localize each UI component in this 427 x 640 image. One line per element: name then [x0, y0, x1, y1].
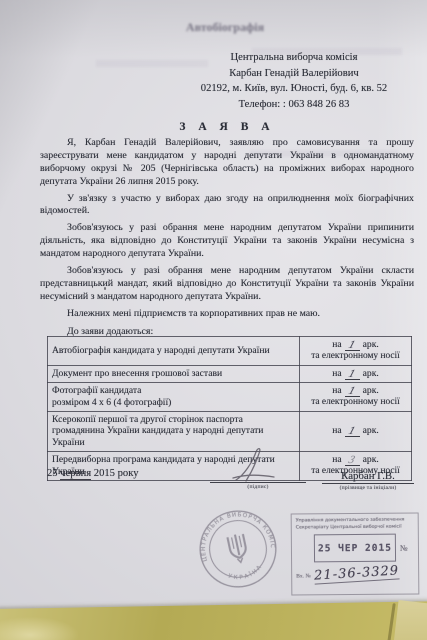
attachment-item: Фотографії кандидата розміром 4 х 6 (4 ф… — [48, 382, 300, 411]
attachment-pages: на1арк. — [300, 365, 412, 382]
handwritten-signature — [228, 444, 290, 484]
seal-ring-text-bottom: УКРАЇНА — [226, 562, 266, 584]
svg-text:УКРАЇНА: УКРАЇНА — [226, 562, 266, 584]
handwritten-count: 1 — [345, 368, 360, 380]
paragraph-obligation-activity: Зобов'язуюсь у разі обрання мене народни… — [40, 222, 414, 261]
trident-emblem — [227, 533, 248, 564]
name-caption: (прізвище та ініціали) — [322, 485, 414, 491]
incoming-number-handwritten: 21-36-3329 — [313, 563, 399, 584]
date-line: 25 червня 2015 року — [47, 468, 139, 479]
stamp-office-line2: Секретаріату Центральної виборчої комісі… — [296, 524, 388, 530]
stamp-incoming-row: Вх. № 21-36-3329 — [296, 565, 414, 582]
attachment-pages: на1арк. та електронному носії — [300, 382, 412, 411]
underlined-month: червня — [60, 468, 91, 480]
document-body: З А Я В А Я, Карбан Генадій Валерійович,… — [40, 121, 414, 339]
signature-caption: (підпис) — [210, 484, 306, 490]
paragraph-obligation-mandate: Зобов'язуюсь у разі обрання мене народни… — [40, 265, 414, 304]
signature-field: (підпис) — [210, 470, 306, 491]
attachment-item: Документ про внесення грошової застави — [48, 365, 300, 382]
table-row-autobiography: Автобіографія кандидата у народні депута… — [48, 337, 412, 366]
photographed-application-document: Автобіографія Центральна виборча комісія… — [0, 0, 427, 640]
showthrough-title: Автобіографія — [150, 20, 300, 35]
stamp-date-row: 25 ЧЕР 2015 № — [296, 533, 414, 562]
handwritten-count: 1 — [345, 385, 360, 397]
name-field: Карбан Г.В. (прізвище та ініціали) — [322, 470, 414, 491]
stamp-number-label: № — [400, 543, 408, 552]
document-title: З А Я В А — [40, 121, 414, 134]
applicant-address: 02192, м. Київ, вул. Юності, буд. 6, кв.… — [166, 81, 422, 97]
signed-name: Карбан Г.В. — [322, 470, 414, 484]
recipient-organization: Центральна виборча комісія — [166, 50, 422, 66]
handwritten-count: 1 — [345, 425, 360, 437]
table-row-photos: Фотографії кандидата розміром 4 х 6 (4 ф… — [48, 382, 412, 411]
applicant-phone: Телефон: : 063 848 26 83 — [166, 97, 422, 113]
paragraph-self-nomination: Я, Карбан Генадій Валерійович, заявляю п… — [40, 137, 414, 189]
round-seal-stamp: ЦЕНТРАЛЬНА ВИБОРЧА КОМІСІЯ УКРАЇНА — [188, 499, 288, 599]
attachment-item: Автобіографія кандидата у народні депута… — [48, 337, 300, 366]
paragraph-no-property: Належних мені підприємств та корпоративн… — [40, 308, 414, 321]
table-row-deposit: Документ про внесення грошової застави н… — [48, 365, 412, 382]
stamp-office-line1: Управління документального забезпечення — [296, 517, 388, 523]
registry-entry-stamp: Управління документального забезпечення … — [291, 512, 420, 595]
incoming-number-label: Вх. № — [296, 573, 311, 579]
attachment-pages: на1арк. та електронному носії — [300, 337, 412, 366]
recipient-block: Центральна виборча комісія Карбан Генаді… — [166, 50, 422, 112]
signature-block: (підпис) Карбан Г.В. (прізвище та ініціа… — [210, 470, 414, 491]
stamp-date-box: 25 ЧЕР 2015 — [314, 534, 396, 563]
attachment-pages: на1арк. — [300, 411, 412, 451]
date-signature-row: 25 червня 2015 року (підпис) Карбан Г.В.… — [47, 468, 414, 491]
paragraph-bio-consent: У зв'язку з участю у виборах даю згоду н… — [40, 193, 414, 219]
applicant-name: Карбан Генадій Валерійович — [166, 66, 422, 82]
handwritten-count: 1 — [345, 339, 360, 351]
cushion-edge — [394, 600, 427, 640]
handwritten-count: 3 — [345, 454, 360, 466]
